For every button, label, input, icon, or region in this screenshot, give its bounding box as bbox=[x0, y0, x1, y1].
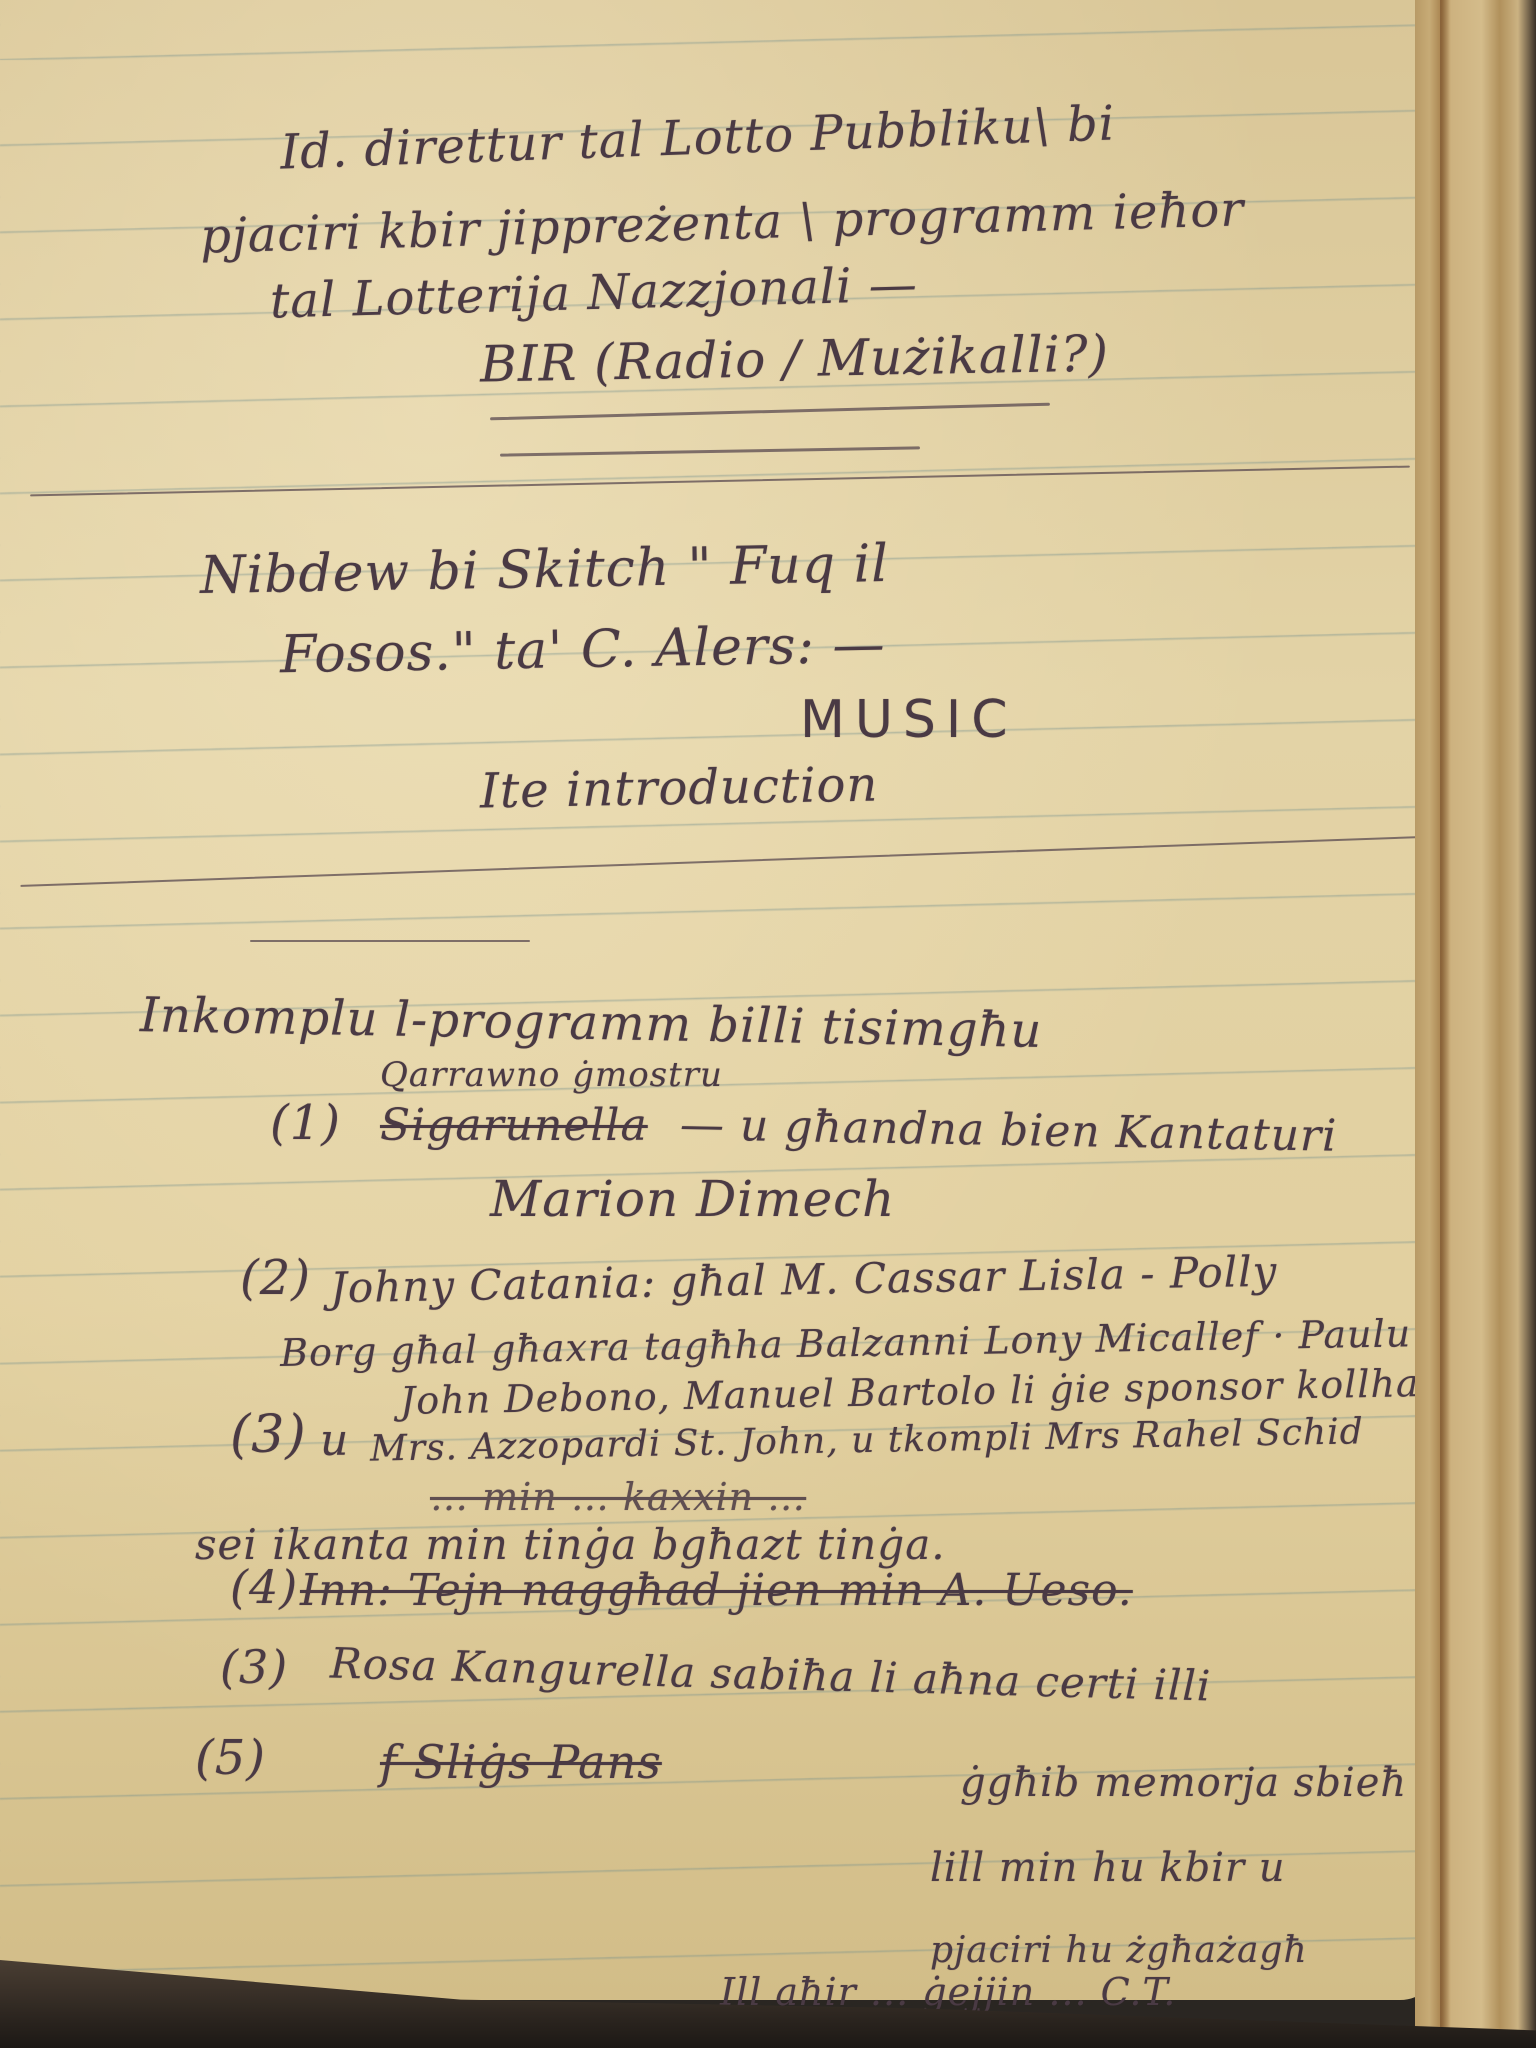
item-line-2: sei ikanta min tinġa bgħazt tinġa. bbox=[195, 1520, 946, 1569]
item-struck-text: Sigarunella bbox=[380, 1100, 648, 1151]
notebook-binding bbox=[1415, 0, 1536, 2048]
item-line-2: Marion Dimech bbox=[490, 1170, 895, 1228]
intro-line-2: Fosos." ta' C. Alers: — bbox=[280, 615, 886, 686]
item-prefix: u bbox=[320, 1415, 349, 1466]
item-number: (3) bbox=[220, 1640, 288, 1694]
item-number: (4) bbox=[230, 1560, 298, 1614]
item-number: (1) bbox=[270, 1095, 341, 1151]
notebook-page: Id. direttur tal Lotto Pubbliku\ bi pjac… bbox=[0, 0, 1440, 2000]
item-number: (5) bbox=[195, 1730, 266, 1786]
item-struck-line: … min … kaxxin … bbox=[430, 1475, 806, 1519]
page-edge-shadow bbox=[1440, 0, 1450, 2048]
station-line: BIR (Radio / Mużikalli?) bbox=[480, 325, 1110, 394]
item-struck-text: f Sliġs Pans bbox=[380, 1735, 662, 1789]
music-label: MUSIC bbox=[800, 690, 1018, 750]
item-struck-text: Inn: Tejn naggħad jien min A. Ueso. bbox=[300, 1565, 1133, 1616]
side-note-line-1: ġgħib memorja sbieħ bbox=[960, 1760, 1407, 1806]
item-number: (2) bbox=[240, 1250, 311, 1306]
side-note-line-3: pjaciri hu żgħażagħ bbox=[930, 1930, 1308, 1971]
intro-line-1: Nibdew bi Skitch " Fuq il bbox=[200, 534, 890, 606]
introduction-label: Ite introduction bbox=[480, 757, 879, 820]
item-number: (3) bbox=[230, 1405, 307, 1465]
divider-stroke bbox=[250, 940, 530, 942]
side-note-line-2: lill min hu kbir u bbox=[930, 1845, 1286, 1891]
item-insert: Qarrawno ġmostru bbox=[380, 1055, 723, 1095]
